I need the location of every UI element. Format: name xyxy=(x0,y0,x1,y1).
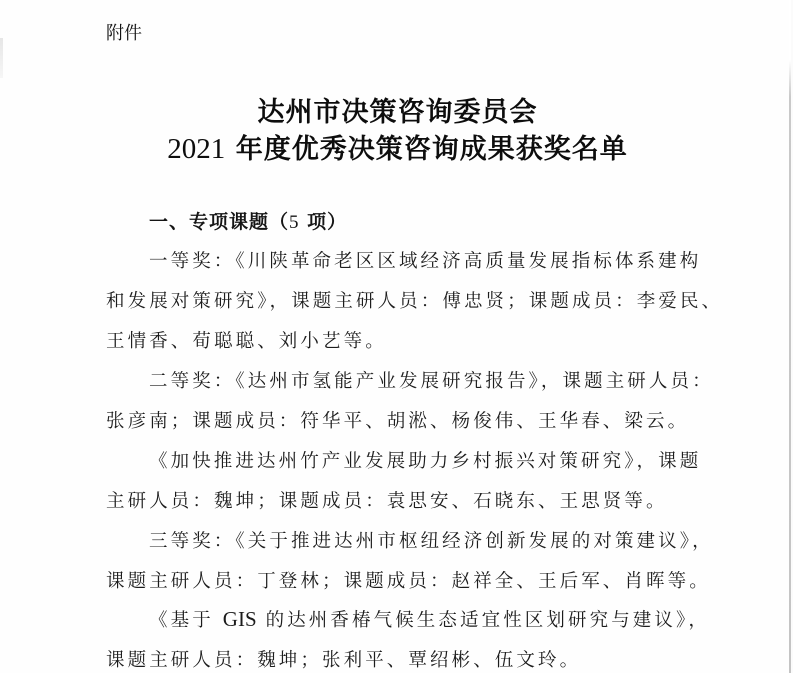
gis-line-after: 的达州香椿气候生态适宜性区划研究与建议》， xyxy=(257,610,710,631)
award-line-first-prize-3: 王情香、荀聪聪、刘小艺等。 xyxy=(106,327,387,353)
award-line-second-prize-b-2: 主研人员：魏坤；课题成员：袁思安、石晓东、王思贤等。 xyxy=(106,487,668,513)
section-heading-special-topics: 一、专项课题（5 项） xyxy=(149,207,347,234)
award-line-third-prize-a-2: 课题主研人员：丁登林；课题成员：赵祥全、王后军、肖晖等。 xyxy=(106,567,711,593)
award-line-second-prize-a-1: 二等奖：《达州市氢能产业发展研究报告》，课题主研人员： xyxy=(149,367,714,393)
award-line-first-prize-2: 和发展对策研究》，课题主研人员：傅忠贤；课题成员：李爱民、 xyxy=(106,287,723,313)
section-heading-count: 5 xyxy=(289,212,300,233)
document-title-line-2: 2021 年度优秀决策咨询成果获奖名单 xyxy=(0,127,793,166)
award-line-third-prize-a-1: 三等奖：《关于推进达州市枢纽经济创新发展的对策建议》， xyxy=(149,527,714,553)
award-line-third-prize-b-2: 课题主研人员：魏坤；张利平、覃绍彬、伍文玲。 xyxy=(106,646,581,672)
document-title-line-1: 达州市决策咨询委员会 xyxy=(0,90,793,129)
gis-line-before: 《基于 xyxy=(149,610,223,631)
award-line-first-prize-1: 一等奖：《川陕革命老区区域经济高质量发展指标体系建构 xyxy=(149,247,701,273)
attachment-label: 附件 xyxy=(106,19,142,45)
award-line-second-prize-b-1: 《加快推进达州竹产业发展助力乡村振兴对策研究》，课题 xyxy=(149,447,701,473)
gis-term: GIS xyxy=(223,607,257,631)
award-line-second-prize-a-2: 张彦南；课题成员：符华平、胡淞、杨俊伟、王华春、梁云。 xyxy=(106,407,689,433)
title-line-2-text: 年度优秀决策咨询成果获奖名单 xyxy=(225,134,627,165)
section-heading-prefix: 一、专项课题（ xyxy=(149,211,289,233)
scan-artifact xyxy=(0,38,3,78)
document-page: 附件 达州市决策咨询委员会 2021 年度优秀决策咨询成果获奖名单 一、专项课题… xyxy=(0,0,789,673)
award-line-third-prize-b-1: 《基于 GIS 的达州香椿气候生态适宜性区划研究与建议》， xyxy=(149,606,710,632)
title-year: 2021 xyxy=(167,133,225,165)
section-heading-suffix: 项） xyxy=(300,211,348,233)
